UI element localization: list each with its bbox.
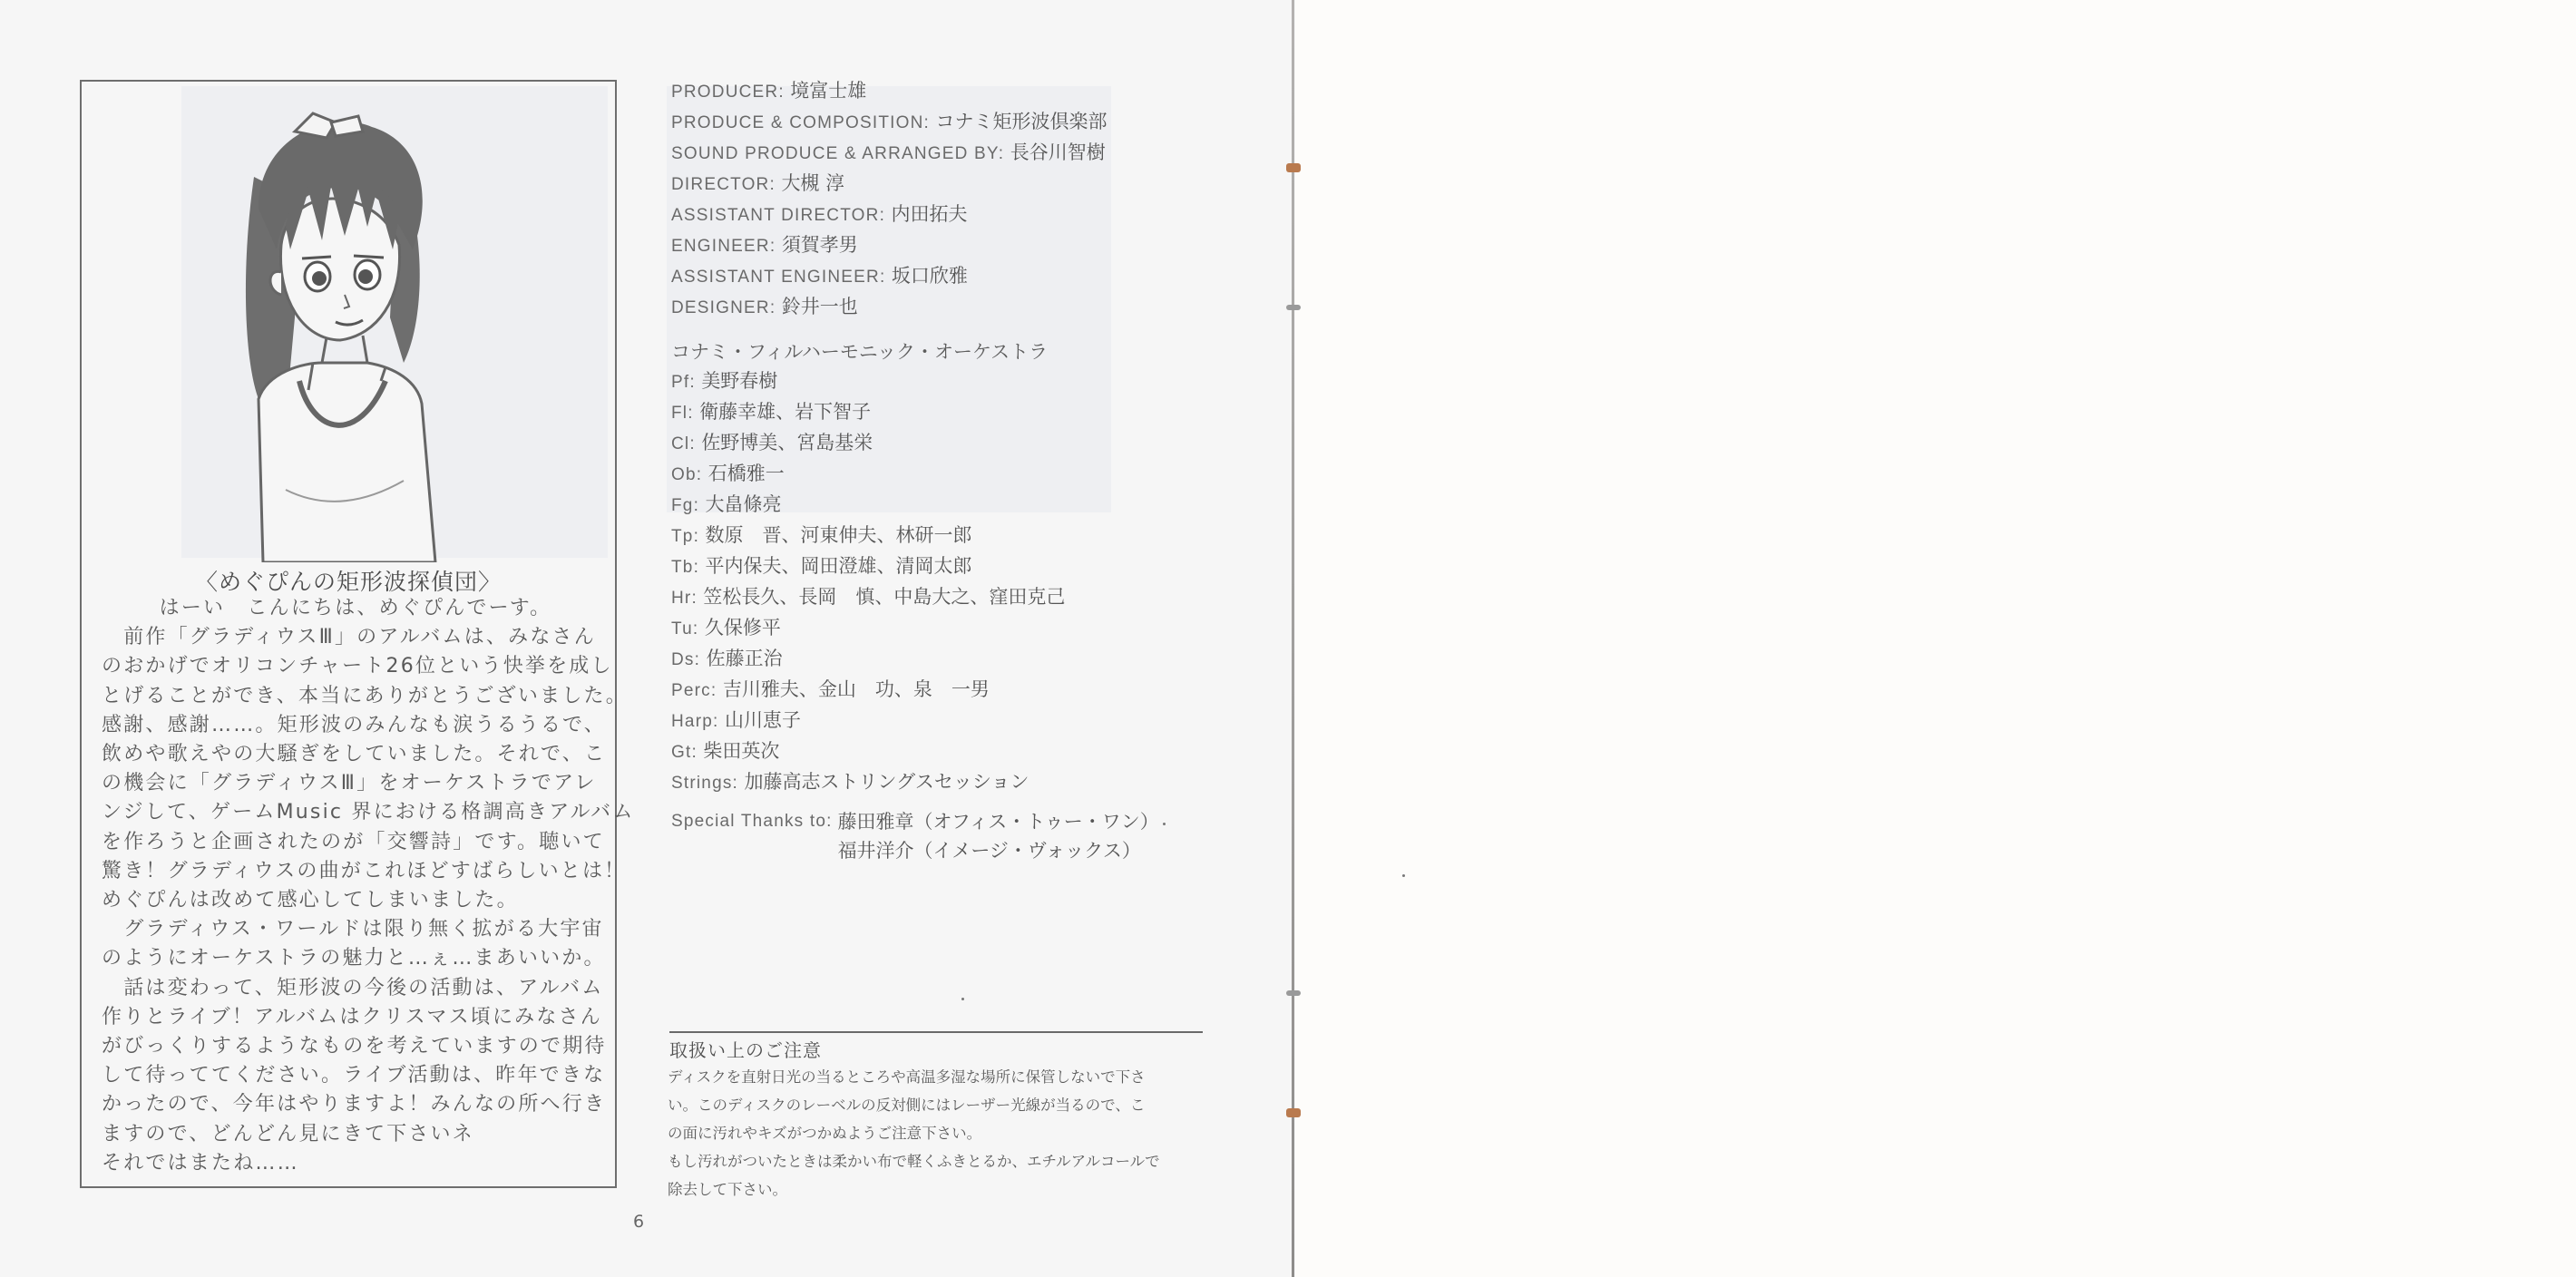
staple-icon <box>1286 990 1301 996</box>
column-line: の機会に「グラディウスⅢ」をオーケストラでアレ <box>102 769 610 798</box>
print-speck <box>1163 823 1166 825</box>
column-line: ンジして、ゲームMusic 界における格調高きアルバム <box>102 798 610 827</box>
column-line: めぐぴんは改めて感心してしまいました。 <box>102 886 610 915</box>
staple-icon <box>1286 1108 1301 1117</box>
caution-line: い。このディスクのレーベルの反対側にはレーザー光線が当るので、こ <box>668 1091 1212 1119</box>
print-speck <box>1402 874 1405 877</box>
credit-assistant-engineer: ASSISTANT ENGINEER: 坂口欣雅 <box>671 261 1179 292</box>
column-line: 感謝、感謝……。矩形波のみんなも涙うるうるで、 <box>102 711 610 740</box>
member-row: Harp: 山川恵子 <box>671 706 1065 736</box>
member-row: Ds: 佐藤正治 <box>671 644 1065 675</box>
character-column-box: 〈めぐぴんの矩形波探偵団〉 はーい こんにちは、めぐぴんでーす。 前作「グラディ… <box>80 80 617 1188</box>
credit-assistant-director: ASSISTANT DIRECTOR: 内田拓夫 <box>671 200 1179 230</box>
caution-line: 除去して下さい。 <box>668 1175 1212 1204</box>
page-number: 6 <box>633 1212 644 1232</box>
print-speck <box>961 998 964 1000</box>
column-line: 作りとライブ！アルバムはクリスマス頃にみなさん <box>102 1003 610 1032</box>
member-row: Pf: 美野春樹 <box>671 366 1065 397</box>
column-line: がびっくりするようなものを考えていますので期待 <box>102 1032 610 1061</box>
booklet-spine <box>1292 0 1294 1277</box>
member-row: Tb: 平内保夫、岡田澄雄、清岡太郎 <box>671 551 1065 582</box>
member-row: Ob: 石橋雅一 <box>671 459 1065 490</box>
thanks-name: 藤田雅章（オフィス・トゥー・ワン） <box>838 807 1159 836</box>
column-line: を作ろうと企画されたのが「交響詩」です。聴いて <box>102 828 610 857</box>
member-row: Gt: 柴田英次 <box>671 736 1065 767</box>
caution-line: もし汚れがついたときは柔かい布で軽くふきとるか、エチルアルコールで <box>668 1147 1212 1175</box>
credit-producer: PRODUCER: 境富士雄 <box>671 76 1179 107</box>
special-thanks: Special Thanks to: 藤田雅章（オフィス・トゥー・ワン） 福井洋… <box>671 807 1159 865</box>
column-text: はーい こんにちは、めぐぴんでーす。 前作「グラディウスⅢ」のアルバムは、みなさ… <box>102 594 610 1178</box>
caution-title: 取扱い上のご注意 <box>669 1036 822 1062</box>
member-row: Strings: 加藤高志ストリングスセッション <box>671 767 1065 798</box>
column-line: はーい こんにちは、めぐぴんでーす。 <box>102 594 610 623</box>
credit-engineer: ENGINEER: 須賀孝男 <box>671 230 1179 261</box>
member-row: Hr: 笠松長久、長岡 慎、中島大之、窪田克己 <box>671 582 1065 613</box>
left-page: 〈めぐぴんの矩形波探偵団〉 はーい こんにちは、めぐぴんでーす。 前作「グラディ… <box>0 0 1295 1277</box>
column-line: して待っててください。ライブ活動は、昨年できな <box>102 1061 610 1090</box>
member-row: Fl: 衛藤幸雄、岩下智子 <box>671 397 1065 428</box>
right-page-blank <box>1295 0 2576 1277</box>
column-line: のおかげでオリコンチャート26位という快挙を成し <box>102 652 610 681</box>
credit-director: DIRECTOR: 大槻 淳 <box>671 169 1179 200</box>
credit-arranger: SOUND PRODUCE & ARRANGED BY: 長谷川智樹 <box>671 138 1179 169</box>
member-row: Cl: 佐野博美、宮島基栄 <box>671 428 1065 459</box>
special-thanks-label: Special Thanks to: <box>671 807 833 865</box>
staff-credits: PRODUCER: 境富士雄 PRODUCE & COMPOSITION: コナ… <box>671 76 1179 323</box>
column-line: グラディウス・ワールドは限り無く拡がる大宇宙 <box>102 915 610 944</box>
column-line: 前作「グラディウスⅢ」のアルバムは、みなさん <box>102 623 610 652</box>
thanks-name: 福井洋介（イメージ・ヴォックス） <box>838 836 1159 865</box>
column-line: 飲めや歌えやの大騒ぎをしていました。それで、こ <box>102 740 610 769</box>
caution-line: の面に汚れやキズがつかぬようご注意下さい。 <box>668 1119 1212 1147</box>
member-row: Tu: 久保修平 <box>671 613 1065 644</box>
caution-text: ディスクを直射日光の当るところや高温多湿な場所に保管しないで下さ い。このディス… <box>668 1063 1212 1204</box>
character-illustration <box>177 91 522 562</box>
caution-line: ディスクを直射日光の当るところや高温多湿な場所に保管しないで下さ <box>668 1063 1212 1091</box>
member-row: Fg: 大畠條亮 <box>671 490 1065 521</box>
member-row: Tp: 数原 晋、河東伸夫、林研一郎 <box>671 521 1065 551</box>
column-line: のようにオーケストラの魅力と…ぇ…まあいいか。 <box>102 944 610 973</box>
orchestra-members: Pf: 美野春樹 Fl: 衛藤幸雄、岩下智子 Cl: 佐野博美、宮島基栄 Ob:… <box>671 366 1065 798</box>
column-line: 驚き！グラディウスの曲がこれほどすばらしいとは！ <box>102 857 610 886</box>
credit-composition: PRODUCE & COMPOSITION: コナミ矩形波倶楽部 <box>671 107 1179 138</box>
section-divider <box>669 1031 1203 1033</box>
column-line: 話は変わって、矩形波の今後の活動は、アルバム <box>102 974 610 1003</box>
orchestra-title: コナミ・フィルハーモニック・オーケストラ <box>671 337 1048 365</box>
column-line: とげることができ、本当にありがとうございました。 <box>102 682 610 711</box>
staple-icon <box>1286 163 1301 172</box>
staple-icon <box>1286 305 1301 310</box>
column-line: ますので、どんどん見にきて下さいネ <box>102 1120 610 1149</box>
credit-designer: DESIGNER: 鈴井一也 <box>671 292 1179 323</box>
column-line: それではまたね…… <box>102 1149 610 1178</box>
member-row: Perc: 吉川雅夫、金山 功、泉 一男 <box>671 675 1065 706</box>
column-title: 〈めぐぴんの矩形波探偵団〉 <box>82 564 615 597</box>
column-line: かったので、今年はやりますよ！みんなの所へ行き <box>102 1090 610 1119</box>
